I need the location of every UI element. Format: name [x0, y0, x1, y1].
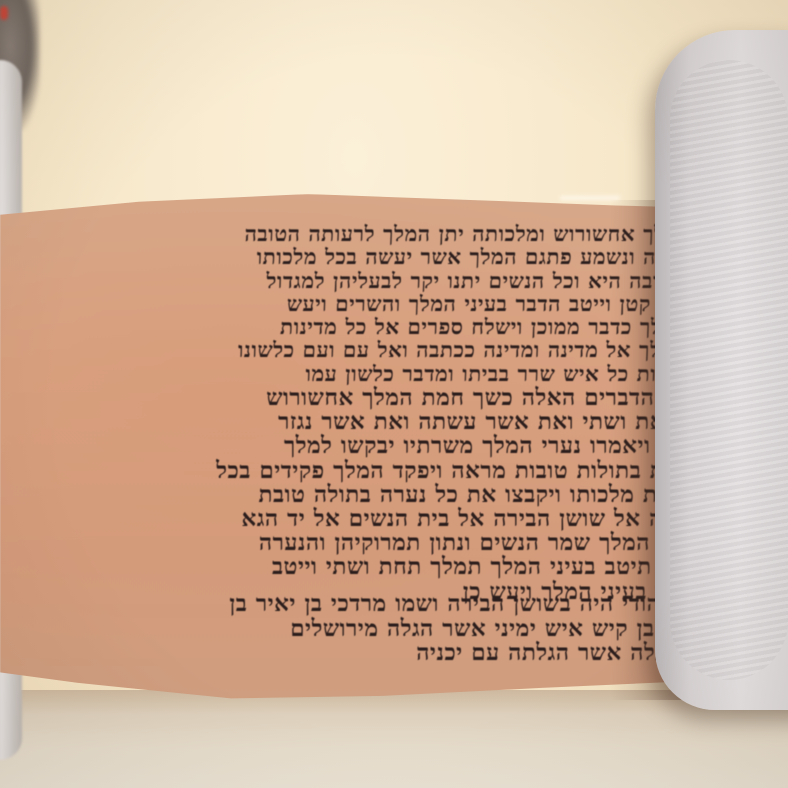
left-roller-red-detail — [0, 6, 8, 20]
display-case-base — [0, 690, 788, 788]
right-roll-texture — [670, 60, 788, 680]
